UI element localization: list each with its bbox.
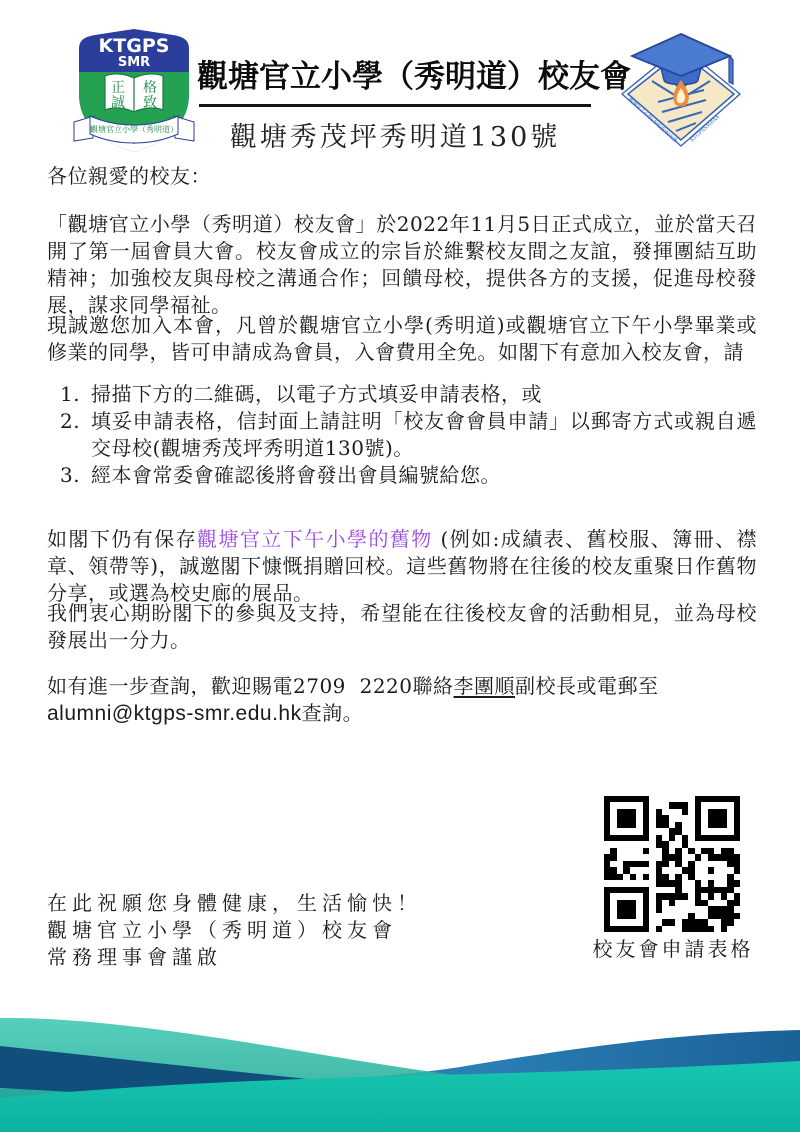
donation-text-before: 如閣下仍有保存: [47, 527, 197, 551]
paragraph-hope: 我們衷心期盼閣下的參與及支持，希望能在往後校友會的活動相見，並為母校發展出一分力…: [47, 600, 757, 654]
paragraph-invitation: 現誠邀您加入本會，凡曾於觀塘官立小學(秀明道)或觀塘官立下午小學畢業或修業的同學…: [47, 312, 757, 366]
salutation: 各位親愛的校友：: [47, 163, 757, 190]
closing-org: 觀塘官立小學（秀明道）校友會: [47, 917, 422, 944]
badge-book-char: 致: [143, 95, 157, 111]
paragraph-donation: 如閣下仍有保存觀塘官立下午小學的舊物 (例如:成績表、舊校服、簿冊、襟章、領帶等…: [47, 526, 757, 607]
badge-book-char: 正: [111, 80, 125, 96]
contact-text-after: 副校長或電郵至: [515, 674, 659, 698]
closing-block: 在此祝願您身體健康，生活愉快！ 觀塘官立小學（秀明道）校友會 常務理事會謹啟: [47, 890, 422, 971]
closing-signoff: 常務理事會謹啟: [47, 944, 422, 971]
badge-acronym2: SMR: [118, 55, 150, 70]
qr-caption: 校友會申請表格: [578, 933, 768, 962]
paragraph-contact: 如有進一步查詢，歡迎賜電2709 2220聯絡李團順副校長或電郵至alumni@…: [47, 673, 757, 727]
contact-email: alumni@ktgps-smr.edu.hk: [47, 702, 302, 725]
donation-highlight: 觀塘官立下午小學的舊物: [197, 527, 433, 551]
contact-text-end: 查詢。: [302, 701, 364, 725]
badge-book-char: 格: [143, 79, 157, 96]
list-item: 掃描下方的二維碼，以電子方式填妥申請表格，或: [87, 381, 757, 408]
badge-ribbon-text: 觀塘官立小學（秀明道）: [90, 124, 178, 134]
alumni-association-logo: 觀塘官立小學(秀明道)校友會 KTGPSSMRAA: [614, 26, 748, 154]
footer-wave-decoration: [0, 987, 800, 1132]
badge-acronym: KTGPS: [99, 35, 170, 57]
contact-person-name: 李團順: [454, 674, 516, 698]
closing-wish: 在此祝願您身體健康，生活愉快！: [47, 890, 422, 917]
letter-page: KTGPS SMR 正 誠 格 致 觀塘官立小學（秀明道） 觀塘官立小學（秀明道…: [0, 0, 800, 1132]
list-item: 填妥申請表格，信封面上請註明「校友會會員申請」以郵寄方式或親自遞交母校(觀塘秀茂…: [87, 408, 757, 462]
application-steps-list: 掃描下方的二維碼，以電子方式填妥申請表格，或 填妥申請表格，信封面上請註明「校友…: [47, 381, 757, 489]
title-divider: [199, 104, 591, 107]
qr-code: [604, 796, 740, 932]
paragraph-founding: 「觀塘官立小學（秀明道）校友會」於2022年11月5日正式成立，並於當天召開了第…: [47, 211, 757, 319]
school-address: 觀塘秀茂坪秀明道130號: [197, 115, 593, 154]
list-item: 經本會常委會確認後將會發出會員編號給您。: [87, 462, 757, 489]
page-title: 觀塘官立小學（秀明道）校友會: [197, 56, 593, 98]
graduation-cap-icon: [632, 34, 733, 85]
header: 觀塘官立小學（秀明道）校友會 觀塘秀茂坪秀明道130號: [197, 56, 593, 154]
badge-book-char: 誠: [111, 95, 125, 111]
school-badge-logo: KTGPS SMR 正 誠 格 致 觀塘官立小學（秀明道）: [72, 26, 196, 154]
contact-text-before: 如有進一步查詢，歡迎賜電2709 2220聯絡: [47, 674, 454, 698]
